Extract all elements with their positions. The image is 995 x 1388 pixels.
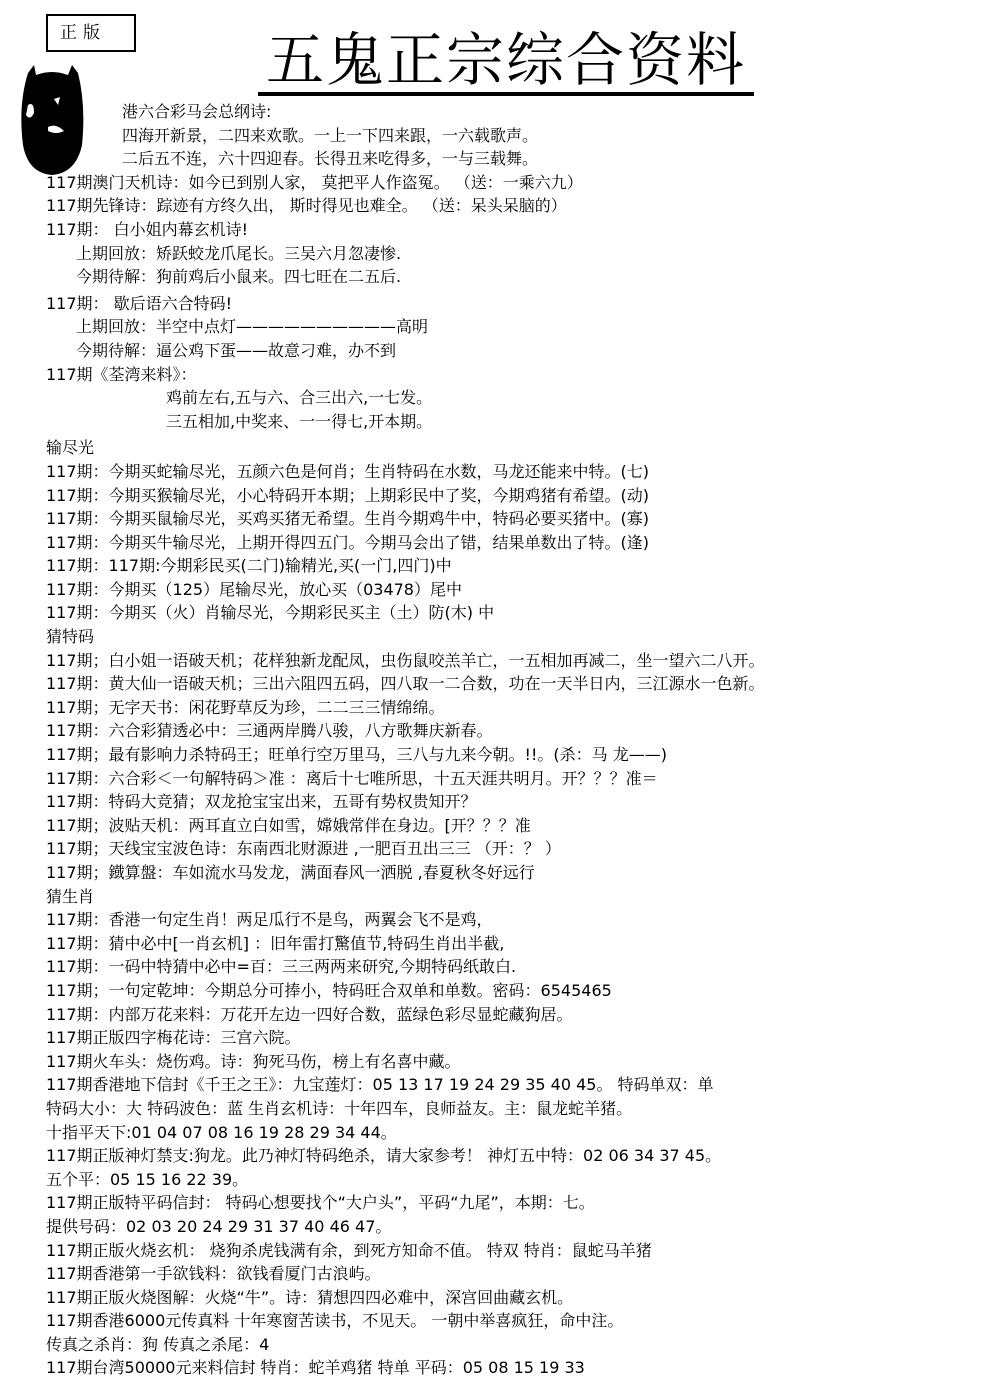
list-item: 117期：今期买猴输尽光，小心特码开本期；上期彩民中了奖，今期鸡猪有希望。(动) <box>46 484 985 508</box>
list-item: 117期正版四字梅花诗：三宫六院。 <box>46 1026 985 1050</box>
list-item: 117期；波贴天机：两耳直立白如雪，嫦娥常伴在身边。[开？？？准 <box>46 814 985 838</box>
list-item: 117期香港6000元传真料 十年寒窗苦读书，不见天。 一朝中举喜疯狂，命中注。 <box>46 1309 985 1333</box>
quanwan-line: 三五相加,中奖来、一一得七,开本期。 <box>46 410 985 434</box>
list-item: 提供号码：02 03 20 24 29 31 37 40 46 47。 <box>46 1215 985 1239</box>
quanwan-section: 117期《荃湾来料》： 鸡前左右,五与六、合三出六,一七发。 三五相加,中奖来、… <box>46 363 985 434</box>
list-item: 117期：黄大仙一语破天机；三出六阻四五码，四八取一二合数，功在一天半日内，三江… <box>46 672 985 696</box>
document-body: 港六合彩马会总纲诗: 四海开新景，二四来欢歌。一上一下四来跟，一六载歌声。 二后… <box>46 100 985 1380</box>
list-item: 117期香港地下信封《千王之王》：九宝莲灯：05 13 17 19 24 29 … <box>46 1073 985 1097</box>
list-item: 五个平：05 15 16 22 39。 <box>46 1168 985 1192</box>
this-pending-line: 今期待解：逼公鸡下蛋——故意刁难，办不到 <box>46 339 985 363</box>
list-item: 117期香港第一手欲钱料：欲钱看厦门古浪屿。 <box>46 1262 985 1286</box>
bai-xiaojie-section: 117期： 白小姐内幕玄机诗! 上期回放：矫跃蛟龙爪尾长。三吴六月忽凄惨. 今期… <box>46 218 985 289</box>
list-item: 117期；一句定乾坤：今期总分可捧小，特码旺合双单和单数。密码：6545465 <box>46 979 985 1003</box>
xiehouyu-section: 117期： 歇后语六合特码! 上期回放：半空中点灯——————————高明 今期… <box>46 292 985 363</box>
list-item: 117期正版神灯禁支:狗龙。此乃神灯特码绝杀，请大家参考！ 神灯五中特：02 0… <box>46 1144 985 1168</box>
header-line: 港六合彩马会总纲诗: <box>46 100 985 124</box>
list-item: 117期正版火烧图解：火烧“牛”。诗：猜想四四必难中，深宫回曲藏玄机。 <box>46 1286 985 1310</box>
list-item: 117期：今期买（火）肖输尽光，今期彩民买主（土）防(木) 中 <box>46 601 985 625</box>
section-head: 117期《荃湾来料》： <box>46 363 985 387</box>
caitema-section: 猜特码 117期；白小姐一语破天机；花样独新龙配凤，虫伤鼠咬羔羊亡，一五相加再减… <box>46 625 985 885</box>
list-item: 117期台湾50000元来料信封 特肖：蛇羊鸡猪 特单 平码：05 08 15 … <box>46 1356 985 1380</box>
list-item: 117期；白小姐一语破天机；花样独新龙配凤，虫伤鼠咬羔羊亡，一五相加再减二，坐一… <box>46 649 985 673</box>
list-item: 117期：特码大竞猜；双龙抢宝宝出来，五哥有势权贵知开？ <box>46 790 985 814</box>
last-review-line: 上期回放：矫跃蛟龙爪尾长。三吴六月忽凄惨. <box>46 242 985 266</box>
list-item: 传真之杀肖：狗 传真之杀尾：4 <box>46 1333 985 1357</box>
header-line: 二后五不连，六十四迎春。长得丑来吃得多，一与三载舞。 <box>46 147 985 171</box>
list-item: 117期火车头：烧伤鸡。诗：狗死马伤，榜上有名喜中藏。 <box>46 1050 985 1074</box>
vanguard-poem-line: 117期先锋诗：踪迹有方终久出， 斯时得见也难全。 （送：呆头呆脑的） <box>46 194 985 218</box>
last-review-line: 上期回放：半空中点灯——————————高明 <box>46 315 985 339</box>
list-item: 117期：猜中必中[一肖玄机] ：旧年雷打驚值节,特码生肖出半截, <box>46 932 985 956</box>
header-line: 四海开新景，二四来欢歌。一上一下四来跟，一六载歌声。 <box>46 124 985 148</box>
section-head: 117期： 歇后语六合特码! <box>46 292 985 316</box>
list-item: 117期：117期:今期彩民买(二门)输精光,买(一门,四门)中 <box>46 554 985 578</box>
quanwan-line: 鸡前左右,五与六、合三出六,一七发。 <box>46 386 985 410</box>
macau-poem-line: 117期澳门天机诗：如今已到别人家， 莫把平人作盗冤。 （送：一乘六九） <box>46 171 985 195</box>
list-item: 117期；鐡算盤：车如流水马发龙，满面春风一洒脱 ,春夏秋冬好远行 <box>46 861 985 885</box>
list-item: 117期：今期买蛇输尽光，五颜六色是何肖；生肖特码在水数，马龙还能来中特。(七) <box>46 460 985 484</box>
section-head: 117期： 白小姐内幕玄机诗! <box>46 218 985 242</box>
shujinguang-section: 输尽光 117期：今期买蛇输尽光，五颜六色是何肖；生肖特码在水数，马龙还能来中特… <box>46 436 985 625</box>
list-item: 117期；天线宝宝波色诗：东南西北财源进 ,一肥百丑出三三 （开：？ ） <box>46 837 985 861</box>
list-item: 117期；无字天书：闲花野草反为珍，二二三三情绵绵。 <box>46 696 985 720</box>
list-item: 117期：六合彩猜透必中：三通两岸腾八骏，八方歌舞庆新春。 <box>46 719 985 743</box>
list-item: 117期；最有影响力杀特码王；旺单行空万里马，三八与九来今朝。!!。(杀：马 龙… <box>46 743 985 767</box>
section-title: 猜特码 <box>46 625 985 649</box>
list-item: 117期：今期买（125）尾输尽光，放心买（03478）尾中 <box>46 578 985 602</box>
caishengxiao-section: 猜生肖 117期：香港一句定生肖！两足瓜行不是鸟，两翼会飞不是鸡， 117期：猜… <box>46 885 985 1380</box>
list-item: 特码大小：大 特码波色：蓝 生肖玄机诗：十年四车，良师益友。主：鼠龙蛇羊猪。 <box>46 1097 985 1121</box>
list-item: 117期：六合彩＜一句解特码＞准 ：离后十七唯所思，十五天涯共明月。开？？？准＝ <box>46 767 985 791</box>
edition-badge: 正版 <box>46 14 136 52</box>
list-item: 117期：今期买牛输尽光，上期开得四五门。今期马会出了错，结果单数出了特。(逢) <box>46 531 985 555</box>
section-title: 猜生肖 <box>46 885 985 909</box>
this-pending-line: 今期待解：狗前鸡后小鼠来。四七旺在二五后. <box>46 265 985 289</box>
list-item: 117期正版特平码信封： 特码心想要找个“大户头”，平码“九尾”，本期：七。 <box>46 1191 985 1215</box>
list-item: 117期：香港一句定生肖！两足瓜行不是鸟，两翼会飞不是鸡， <box>46 908 985 932</box>
list-item: 117期：内部万花来料：万花开左边一四好合数，蓝绿色彩尽显蛇藏狗居。 <box>46 1003 985 1027</box>
page-title: 五鬼正宗综合资料 <box>258 30 754 96</box>
list-item: 十指平天下:01 04 07 08 16 19 28 29 34 44。 <box>46 1121 985 1145</box>
list-item: 117期：一码中特猜中必中=百：三三两两来研究,今期特码纸敢白. <box>46 955 985 979</box>
section-title: 输尽光 <box>46 436 985 460</box>
list-item: 117期：今期买鼠输尽光，买鸡买猪无希望。生肖今期鸡牛中，特码必要买猪中。(寡) <box>46 507 985 531</box>
list-item: 117期正版火烧玄机： 烧狗杀虎钱满有余，到死方知命不值。 特双 特肖：鼠蛇马羊… <box>46 1239 985 1263</box>
